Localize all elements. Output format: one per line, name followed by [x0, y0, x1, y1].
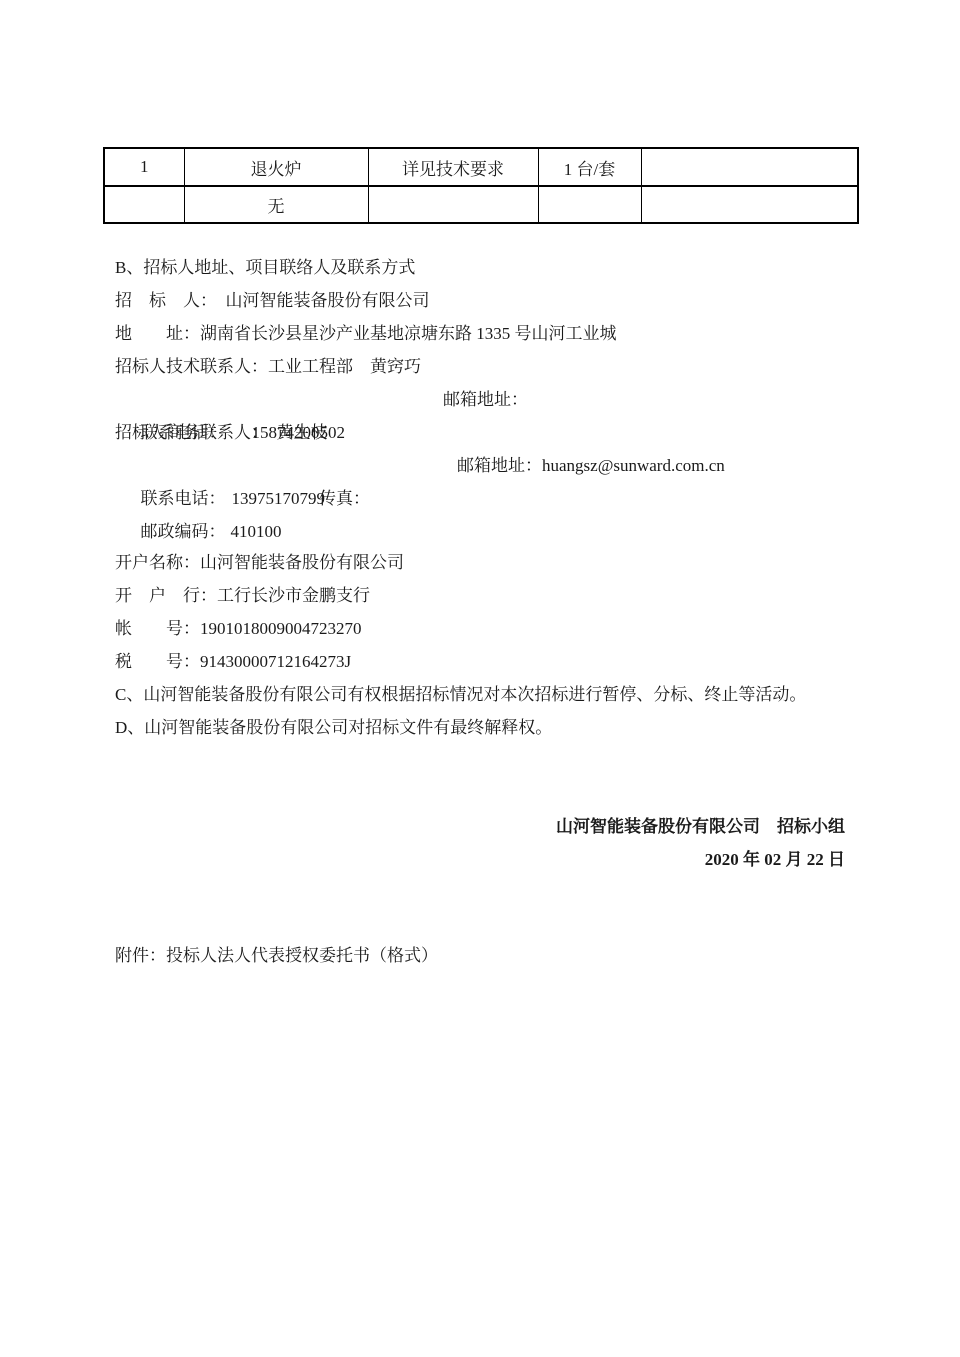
- cell-item-name: 无: [184, 186, 368, 223]
- clause-d-line: D、山河智能装备股份有限公司对招标文件有最终解释权。: [115, 711, 857, 744]
- attachment-line: 附件：投标人法人代表授权委托书（格式）: [115, 939, 857, 972]
- cell-seq: 1: [104, 148, 184, 186]
- items-table: 1 退火炉 详见技术要求 1 台/套 无: [103, 147, 859, 224]
- account-value: 1901018009004723270: [200, 619, 362, 638]
- tech-phone-line: 联系电话：15874200502 邮箱地址：: [115, 383, 857, 416]
- table-row: 1 退火炉 详见技术要求 1 台/套: [104, 148, 858, 186]
- cell-remark: [641, 148, 858, 186]
- cell-quantity: [538, 186, 641, 223]
- tax-label: 税 号：: [115, 652, 200, 671]
- cell-seq: [104, 186, 184, 223]
- bank-line: 开 户 行：工行长沙市金鹏支行: [115, 579, 857, 612]
- postal-line: 邮政编码：410100 传真：: [115, 482, 857, 515]
- cell-spec: [368, 186, 538, 223]
- table-row: 无: [104, 186, 858, 223]
- fax-label: 传真：: [319, 482, 370, 515]
- tax-number-line: 税 号：91430000712164273J: [115, 645, 857, 678]
- clause-c-line: C、山河智能装备股份有限公司有权根据招标情况对本次招标进行暂停、分标、终止等活动…: [115, 678, 857, 711]
- tax-value: 91430000712164273J: [200, 652, 351, 671]
- account-name-line: 开户名称：山河智能装备股份有限公司: [115, 546, 857, 579]
- address-line: 地 址：湖南省长沙县星沙产业基地凉塘东路 1335 号山河工业城: [115, 317, 857, 350]
- cell-quantity: 1 台/套: [538, 148, 641, 186]
- business-contact-line: 招标人商务联系人： 黄生枝: [115, 416, 857, 449]
- address-value: 湖南省长沙县星沙产业基地凉塘东路 1335 号山河工业城: [200, 324, 617, 343]
- section-b-heading: B、招标人地址、项目联络人及联系方式: [115, 251, 857, 284]
- date-line: 2020 年 02 月 22 日: [115, 843, 857, 876]
- tech-contact-line: 招标人技术联系人：工业工程部 黄窍巧: [115, 350, 857, 383]
- email-label: 邮箱地址：: [457, 456, 542, 475]
- email-line: 邮箱地址：huangsz@sunward.com.cn: [457, 449, 725, 482]
- document-page: 1 退火炉 详见技术要求 1 台/套 无 B、招标人地址、项目联络人及联系方式 …: [0, 0, 960, 1357]
- account-number-line: 帐 号：1901018009004723270: [115, 612, 857, 645]
- cell-item-name: 退火炉: [184, 148, 368, 186]
- email-value: huangsz@sunward.com.cn: [542, 456, 725, 475]
- contact-info-section: B、招标人地址、项目联络人及联系方式 招 标 人： 山河智能装备股份有限公司 地…: [115, 222, 857, 972]
- business-phone-line: 联系电话：13975170799 邮箱地址：huangsz@sunward.co…: [115, 449, 857, 482]
- postal-label: 邮政编码：: [141, 522, 226, 541]
- email-label: 邮箱地址：: [443, 383, 528, 416]
- signature-line: 山河智能装备股份有限公司 招标小组: [115, 810, 857, 843]
- cell-spec: 详见技术要求: [368, 148, 538, 186]
- postal-value: 410100: [231, 522, 282, 541]
- cell-remark: [641, 186, 858, 223]
- address-label: 地 址：: [115, 324, 200, 343]
- tenderer-value: 山河智能装备股份有限公司: [209, 291, 430, 310]
- account-label: 帐 号：: [115, 619, 200, 638]
- tenderer-label: 招 标 人：: [115, 291, 209, 310]
- tenderer-line: 招 标 人： 山河智能装备股份有限公司: [115, 284, 857, 317]
